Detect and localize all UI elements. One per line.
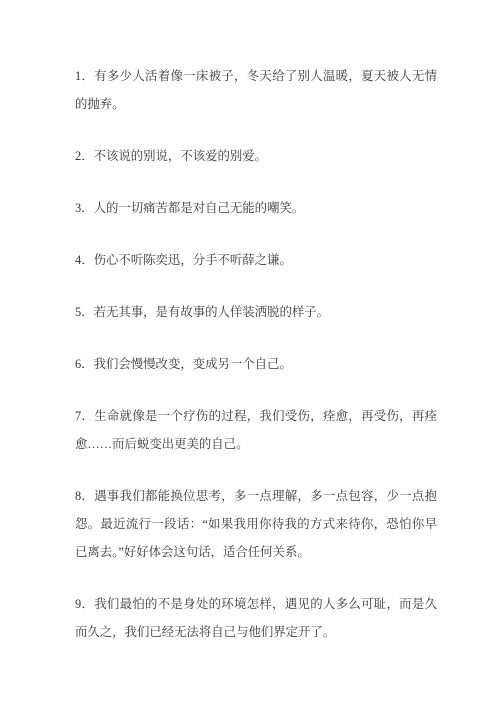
quote-text: 人的一切痛苦都是对自己无能的嘲笑。 bbox=[94, 201, 305, 215]
quote-text: 不该说的别说，不该爱的别爱。 bbox=[94, 149, 267, 163]
quote-item-6: 6．我们会慢慢改变，变成另一个自己。 bbox=[75, 350, 437, 378]
quote-number: 4． bbox=[75, 253, 94, 267]
quote-list: 1．有多少人活着像一床被子，冬天给了别人温暖，夏天被人无情的抛弃。 2．不该说的… bbox=[75, 62, 437, 646]
document-page: 1．有多少人活着像一床被子，冬天给了别人温暖，夏天被人无情的抛弃。 2．不该说的… bbox=[0, 0, 500, 707]
quote-number: 8． bbox=[75, 489, 94, 503]
quote-item-9: 9．我们最怕的不是身处的环境怎样，遇见的人多么可耻，而是久而久之，我们已经无法将… bbox=[75, 590, 437, 646]
quote-number: 7． bbox=[75, 409, 94, 423]
quote-number: 2． bbox=[75, 149, 94, 163]
quote-number: 5． bbox=[75, 305, 94, 319]
quote-item-8: 8．遇事我们都能换位思考，多一点理解，多一点包容，少一点抱怨。最近流行一段话：“… bbox=[75, 482, 437, 566]
quote-text: 若无其事，是有故事的人佯装洒脱的样子。 bbox=[94, 305, 329, 319]
quote-text: 遇事我们都能换位思考，多一点理解，多一点包容，少一点抱怨。最近流行一段话：“如果… bbox=[75, 489, 437, 559]
quote-item-2: 2．不该说的别说，不该爱的别爱。 bbox=[75, 142, 437, 170]
quote-text: 我们会慢慢改变，变成另一个自己。 bbox=[94, 357, 292, 371]
quote-number: 3． bbox=[75, 201, 94, 215]
quote-item-4: 4．伤心不听陈奕迅，分手不听薛之谦。 bbox=[75, 246, 437, 274]
quote-item-1: 1．有多少人活着像一床被子，冬天给了别人温暖，夏天被人无情的抛弃。 bbox=[75, 62, 437, 118]
quote-item-3: 3．人的一切痛苦都是对自己无能的嘲笑。 bbox=[75, 194, 437, 222]
quote-text: 有多少人活着像一床被子，冬天给了别人温暖，夏天被人无情的抛弃。 bbox=[75, 69, 437, 111]
quote-text: 我们最怕的不是身处的环境怎样，遇见的人多么可耻，而是久而久之，我们已经无法将自己… bbox=[75, 597, 437, 639]
quote-number: 9． bbox=[75, 597, 94, 611]
quote-item-7: 7．生命就像是一个疗伤的过程，我们受伤，痊愈，再受伤，再痊愈……而后蜕变出更美的… bbox=[75, 402, 437, 458]
quote-text: 生命就像是一个疗伤的过程，我们受伤，痊愈，再受伤，再痊愈……而后蜕变出更美的自己… bbox=[75, 409, 437, 451]
quote-item-5: 5．若无其事，是有故事的人佯装洒脱的样子。 bbox=[75, 298, 437, 326]
quote-number: 6． bbox=[75, 357, 94, 371]
quote-text: 伤心不听陈奕迅，分手不听薛之谦。 bbox=[94, 253, 292, 267]
quote-number: 1． bbox=[75, 69, 94, 83]
